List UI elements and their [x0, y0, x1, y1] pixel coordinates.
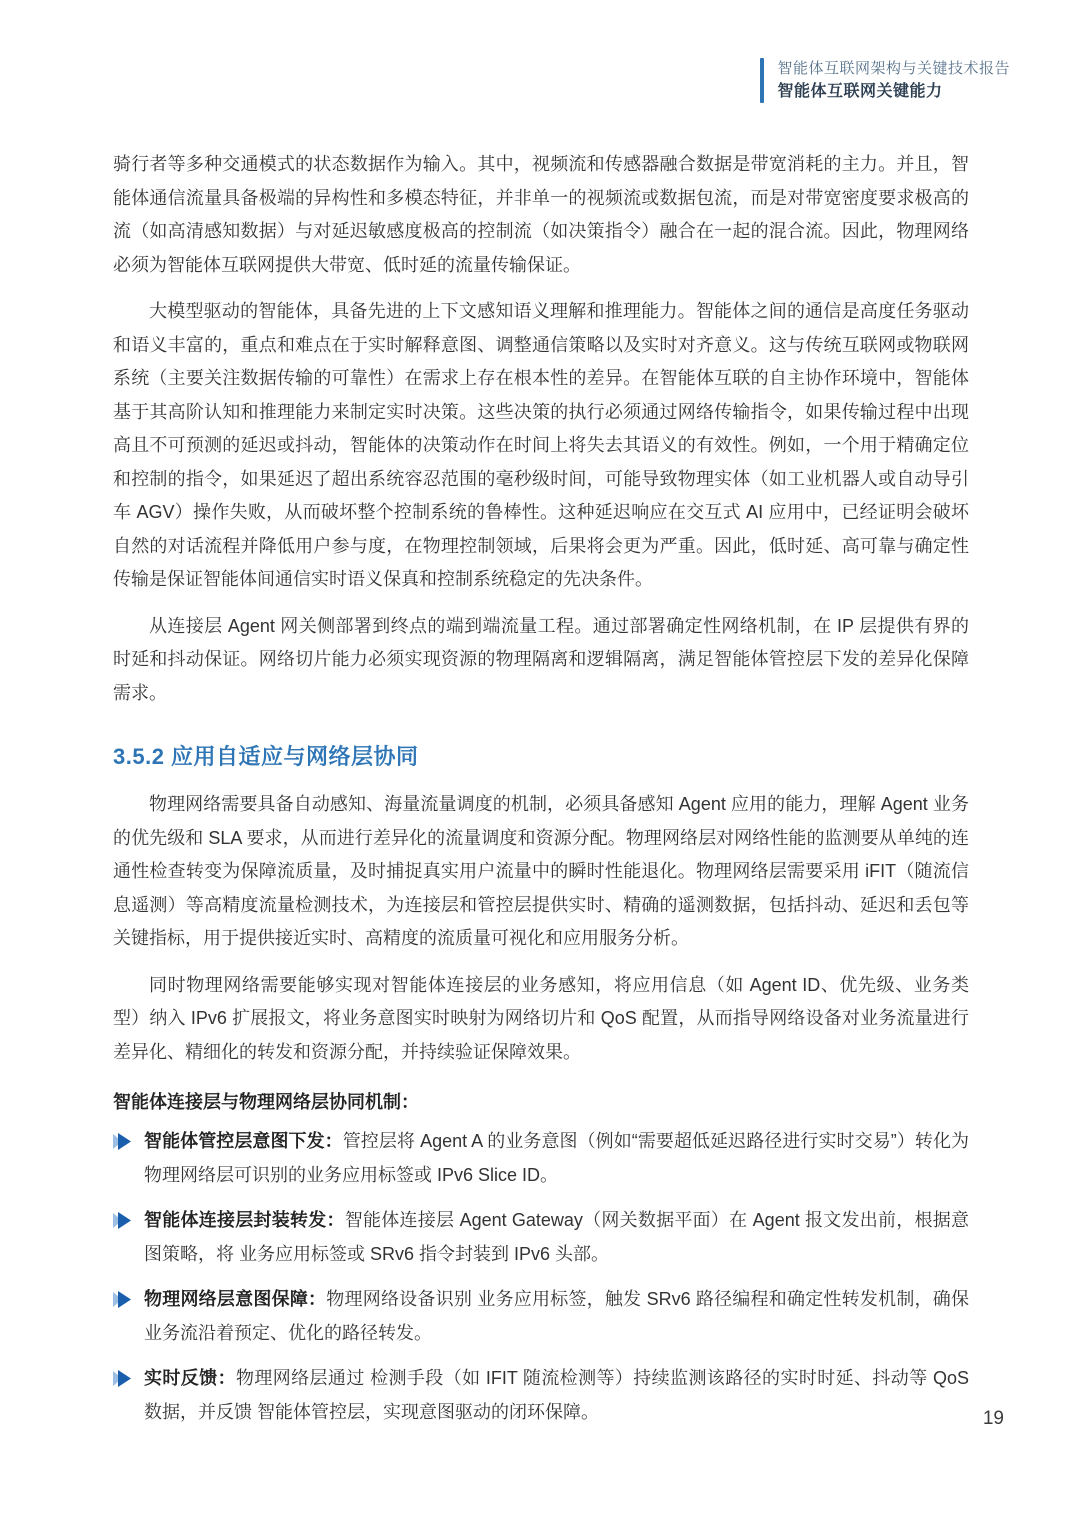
- header-accent-bar: [760, 58, 764, 103]
- double-arrow-icon: [113, 1212, 135, 1229]
- list-item: 物理网络层意图保障：物理网络设备识别 业务应用标签，触发 SRv6 路径编程和确…: [113, 1283, 969, 1350]
- bullet-lead: 智能体管控层意图下发：: [144, 1131, 343, 1151]
- list-item: 智能体连接层封装转发：智能体连接层 Agent Gateway（网关数据平面）在…: [113, 1204, 969, 1271]
- bullet-body: 实时反馈：物理网络层通过 检测手段（如 IFIT 随流检测等）持续监测该路径的实…: [144, 1362, 969, 1429]
- paragraph: 同时物理网络需要能够实现对智能体连接层的业务感知，将应用信息（如 Agent I…: [113, 969, 969, 1070]
- page-header: 智能体互联网架构与关键技术报告 智能体互联网关键能力: [760, 58, 1010, 103]
- bullet-lead: 实时反馈：: [144, 1368, 236, 1388]
- double-arrow-icon: [113, 1291, 135, 1308]
- bullet-body: 智能体管控层意图下发：管控层将 Agent A 的业务意图（例如“需要超低延迟路…: [144, 1125, 969, 1192]
- mechanism-heading: 智能体连接层与物理网络层协同机制：: [113, 1088, 969, 1114]
- paragraph: 物理网络需要具备自动感知、海量流量调度的机制，必须具备感知 Agent 应用的能…: [113, 788, 969, 956]
- header-titles: 智能体互联网架构与关键技术报告 智能体互联网关键能力: [777, 58, 1010, 103]
- paragraph: 从连接层 Agent 网关侧部署到终点的端到端流量工程。通过部署确定性网络机制，…: [113, 610, 969, 711]
- page-content: 骑行者等多种交通模式的状态数据作为输入。其中，视频流和传感器融合数据是带宽消耗的…: [113, 148, 969, 1441]
- bullet-text: 物理网络层通过 检测手段（如 IFIT 随流检测等）持续监测该路径的实时时延、抖…: [144, 1368, 969, 1422]
- report-title: 智能体互联网架构与关键技术报告: [777, 58, 1010, 80]
- paragraph: 大模型驱动的智能体，具备先进的上下文感知语义理解和推理能力。智能体之间的通信是高…: [113, 295, 969, 597]
- bullet-lead: 智能体连接层封装转发：: [144, 1210, 345, 1230]
- document-page: { "colors": { "accent": "#2e75b6", "sect…: [0, 0, 1080, 1515]
- list-item: 实时反馈：物理网络层通过 检测手段（如 IFIT 随流检测等）持续监测该路径的实…: [113, 1362, 969, 1429]
- list-item: 智能体管控层意图下发：管控层将 Agent A 的业务意图（例如“需要超低延迟路…: [113, 1125, 969, 1192]
- bullet-list: 智能体管控层意图下发：管控层将 Agent A 的业务意图（例如“需要超低延迟路…: [113, 1125, 969, 1429]
- double-arrow-icon: [113, 1133, 135, 1150]
- page-number: 19: [983, 1408, 1004, 1430]
- bullet-body: 智能体连接层封装转发：智能体连接层 Agent Gateway（网关数据平面）在…: [144, 1204, 969, 1271]
- double-arrow-icon: [113, 1370, 135, 1387]
- bullet-lead: 物理网络层意图保障：: [144, 1289, 326, 1309]
- bullet-body: 物理网络层意图保障：物理网络设备识别 业务应用标签，触发 SRv6 路径编程和确…: [144, 1283, 969, 1350]
- paragraph: 骑行者等多种交通模式的状态数据作为输入。其中，视频流和传感器融合数据是带宽消耗的…: [113, 148, 969, 282]
- chapter-title: 智能体互联网关键能力: [777, 80, 1010, 103]
- section-heading: 3.5.2 应用自适应与网络层协同: [113, 740, 969, 771]
